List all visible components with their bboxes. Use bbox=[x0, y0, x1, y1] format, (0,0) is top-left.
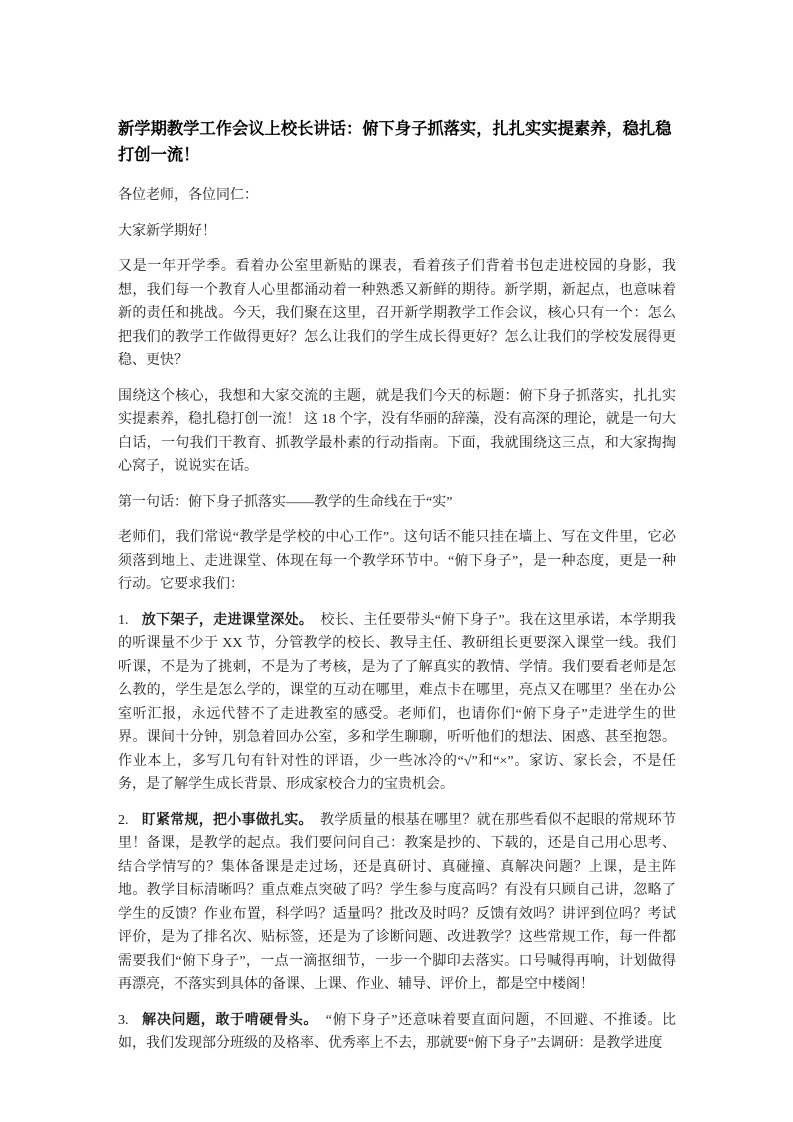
item-1-body: 校长、主任要带头“俯下身子”。我在这里承诺，本学期我的听课量不少于 XX 节，分… bbox=[118, 613, 676, 793]
document-title: 新学期教学工作会议上校长讲话：俯下身子抓落实，扎扎实实提素养，稳扎稳打创一流！ bbox=[118, 116, 676, 168]
section1-heading: 第一句话：俯下身子抓落实——教学的生命线在于“实” bbox=[118, 491, 676, 515]
section1-intro: 老师们，我们常说“教学是学校的中心工作”。这句话不能只挂在墙上、写在文件里，它必… bbox=[118, 526, 676, 597]
item-3-lead: 解决问题，敢于啃硬骨头。 bbox=[142, 1013, 312, 1028]
paragraph-opening: 又是一年开学季。看着办公室里新贴的课表，看着孩子们背着书包走进校园的身影，我想，… bbox=[118, 255, 676, 373]
item-2-body: 教学质量的根基在哪里？就在那些看似不起眼的常规环节里！备课，是教学的起点。我们要… bbox=[118, 813, 676, 993]
numbered-item-3: 3.解决问题，敢于啃硬骨头。 “俯下身子”还意味着要直面问题，不回避、不推诿。比… bbox=[118, 1009, 676, 1056]
greeting: 大家新学期好！ bbox=[118, 220, 676, 244]
document-content: 新学期教学工作会议上校长讲话：俯下身子抓落实，扎扎实实提素养，稳扎稳打创一流！ … bbox=[118, 116, 676, 1068]
document-page: 新学期教学工作会议上校长讲话：俯下身子抓落实，扎扎实实提素养，稳扎稳打创一流！ … bbox=[0, 0, 793, 1122]
item-2-number: 2. bbox=[118, 813, 129, 828]
numbered-item-1: 1.放下架子，走进课堂深处。 校长、主任要带头“俯下身子”。我在这里承诺，本学期… bbox=[118, 609, 676, 797]
item-1-number: 1. bbox=[118, 613, 129, 628]
numbered-item-2: 2.盯紧常规，把小事做扎实。 教学质量的根基在哪里？就在那些看似不起眼的常规环节… bbox=[118, 809, 676, 997]
item-3-number: 3. bbox=[118, 1013, 129, 1028]
salutation: 各位老师，各位同仁： bbox=[118, 184, 676, 208]
item-1-lead: 放下架子，走进课堂深处。 bbox=[142, 613, 307, 628]
item-2-lead: 盯紧常规，把小事做扎实。 bbox=[142, 813, 306, 828]
paragraph-theme: 围绕这个核心，我想和大家交流的主题，就是我们今天的标题：俯下身子抓落实，扎扎实实… bbox=[118, 385, 676, 479]
